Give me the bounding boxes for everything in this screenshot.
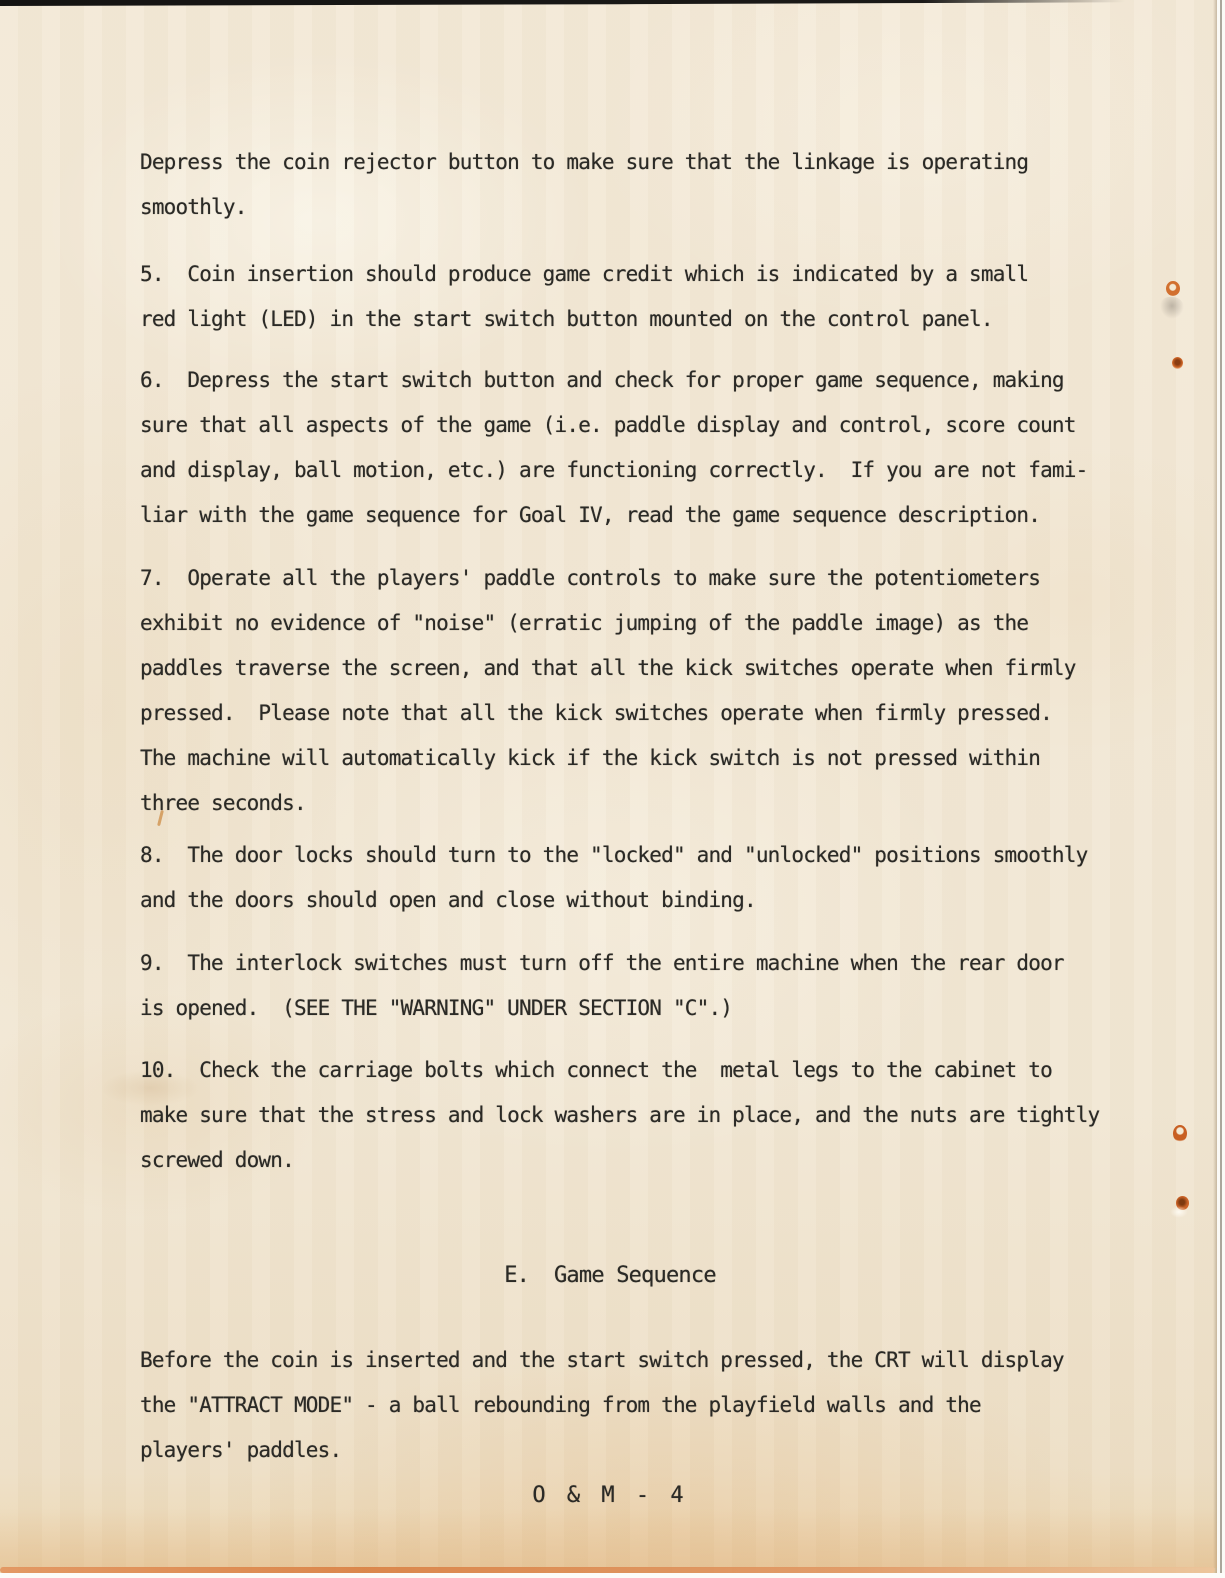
scanned-page: Depress the coin rejector button to make…: [0, 0, 1225, 1578]
game-sequence-paragraph: Before the coin is inserted and the star…: [140, 1338, 1115, 1473]
checklist-item-7: 7. Operate all the players' paddle contr…: [140, 556, 1115, 826]
text-line: 9. The interlock switches must turn off …: [140, 941, 1115, 986]
text-line: is opened. (SEE THE "WARNING" UNDER SECT…: [140, 986, 1115, 1031]
text-line: 5. Coin insertion should produce game cr…: [140, 252, 1115, 297]
text-line: 10. Check the carriage bolts which conne…: [140, 1048, 1115, 1093]
text-line: the "ATTRACT MODE" - a ball rebounding f…: [140, 1383, 1115, 1428]
page-footer-label: O & M - 4: [140, 1483, 1080, 1508]
checklist-item-5: 5. Coin insertion should produce game cr…: [140, 252, 1115, 342]
checklist-item-9: 9. The interlock switches must turn off …: [140, 941, 1115, 1031]
text-line: and the doors should open and close with…: [140, 878, 1115, 923]
text-line: liar with the game sequence for Goal IV,…: [140, 493, 1115, 538]
text-line: The machine will automatically kick if t…: [140, 736, 1115, 781]
checklist-item-10: 10. Check the carriage bolts which conne…: [140, 1048, 1115, 1183]
text-line: players' paddles.: [140, 1428, 1115, 1473]
text-line: red light (LED) in the start switch butt…: [140, 297, 1115, 342]
text-line: E. Game Sequence: [140, 1253, 1080, 1298]
text-line: 7. Operate all the players' paddle contr…: [140, 556, 1115, 601]
text-line: paddles traverse the screen, and that al…: [140, 646, 1115, 691]
text-line: and display, ball motion, etc.) are func…: [140, 448, 1115, 493]
text-line: pressed. Please note that all the kick s…: [140, 691, 1115, 736]
text-line: Before the coin is inserted and the star…: [140, 1338, 1115, 1383]
text-line: three seconds.: [140, 781, 1115, 826]
text-line: sure that all aspects of the game (i.e. …: [140, 403, 1115, 448]
text-line: smoothly.: [140, 185, 1115, 230]
text-line: Depress the coin rejector button to make…: [140, 140, 1115, 185]
text-line: 6. Depress the start switch button and c…: [140, 358, 1115, 403]
text-line: exhibit no evidence of "noise" (erratic …: [140, 601, 1115, 646]
checklist-item-6: 6. Depress the start switch button and c…: [140, 358, 1115, 538]
text-line: make sure that the stress and lock washe…: [140, 1093, 1115, 1138]
checklist-item-8: 8. The door locks should turn to the "lo…: [140, 833, 1115, 923]
text-line: 8. The door locks should turn to the "lo…: [140, 833, 1115, 878]
document-body: Depress the coin rejector button to make…: [0, 0, 1225, 1578]
text-line: screwed down.: [140, 1138, 1115, 1183]
intro-paragraph: Depress the coin rejector button to make…: [140, 140, 1115, 230]
section-heading-game-sequence: E. Game Sequence: [140, 1253, 1080, 1298]
